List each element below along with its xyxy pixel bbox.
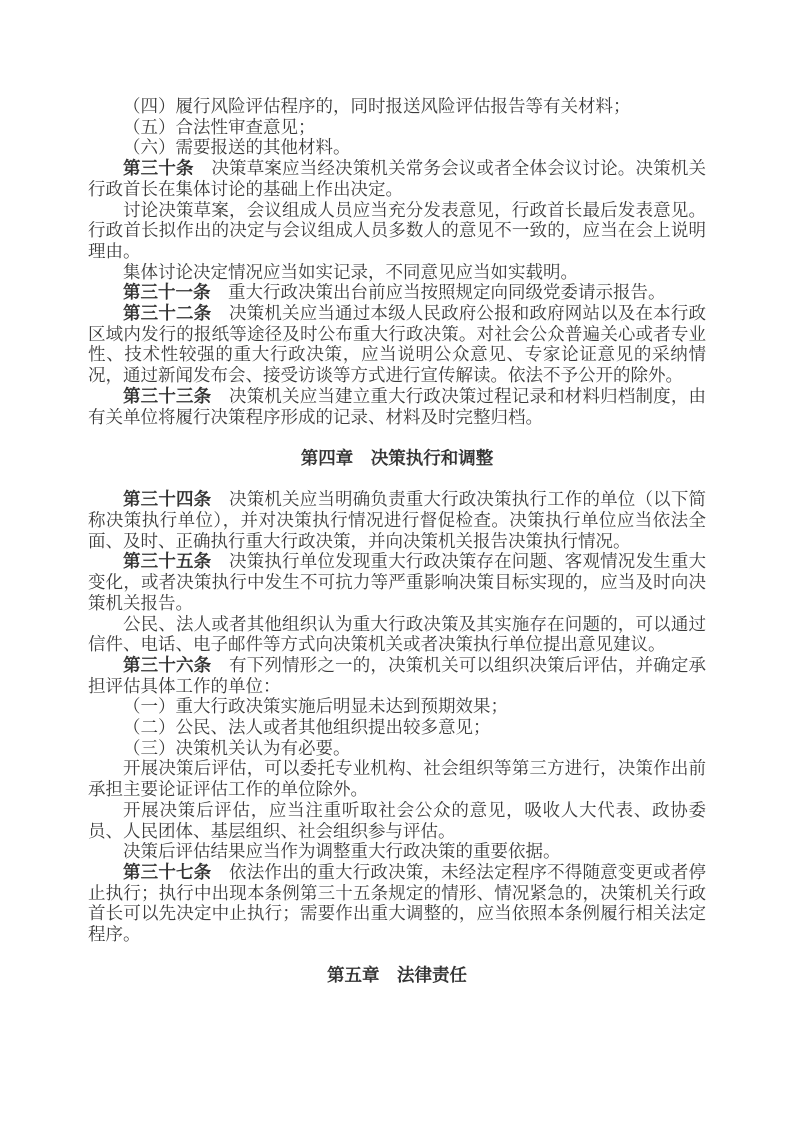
article-paragraph: 第三十七条 依法作出的重大行政决策，未经法定程序不得随意变更或者停止执行；执行中… [88,862,706,945]
article-number: 第三十七条 [123,862,211,882]
paragraph: 决策后评估结果应当作为调整重大行政决策的重要依据。 [88,841,706,862]
list-item: （六）需要报送的其他材料。 [88,137,706,158]
chapter-heading: 第五章 法律责任 [88,965,706,986]
article-paragraph: 第三十一条 重大行政决策出台前应当按照规定向同级党委请示报告。 [88,282,706,303]
article-paragraph: 第三十三条 决策机关应当建立重大行政决策过程记录和材料归档制度，由有关单位将履行… [88,386,706,427]
list-item: （五）合法性审查意见； [88,117,706,138]
article-number: 第三十一条 [123,282,211,302]
paragraph: 开展决策后评估，可以委托专业机构、社会组织等第三方进行，决策作出前承担主要论证评… [88,758,706,799]
paragraph: 集体讨论决定情况应当如实记录，不同意见应当如实载明。 [88,262,706,283]
article-number: 第三十五条 [123,551,211,571]
article-paragraph: 第三十二条 决策机关应当通过本级人民政府公报和政府网站以及在本行政区域内发行的报… [88,303,706,386]
article-number: 第三十二条 [123,303,211,323]
list-item: （四）履行风险评估程序的，同时报送风险评估报告等有关材料； [88,96,706,117]
document-page: （四）履行风险评估程序的，同时报送风险评估报告等有关材料；（五）合法性审查意见；… [0,0,793,1122]
article-number: 第三十条 [123,158,194,178]
document-content: （四）履行风险评估程序的，同时报送风险评估报告等有关材料；（五）合法性审查意见；… [88,96,706,1007]
paragraph: 讨论决策草案，会议组成人员应当充分发表意见，行政首长最后发表意见。行政首长拟作出… [88,200,706,262]
article-number: 第三十三条 [123,386,211,406]
paragraph: 公民、法人或者其他组织认为重大行政决策及其实施存在问题的，可以通过信件、电话、电… [88,614,706,655]
article-paragraph: 第三十四条 决策机关应当明确负责重大行政决策执行工作的单位（以下简称决策执行单位… [88,489,706,551]
list-item: （一）重大行政决策实施后明显未达到预期效果； [88,696,706,717]
article-number: 第三十六条 [123,655,211,675]
article-paragraph: 第三十五条 决策执行单位发现重大行政决策存在问题、客观情况发生重大变化，或者决策… [88,551,706,613]
list-item: （二）公民、法人或者其他组织提出较多意见； [88,717,706,738]
list-item: （三）决策机关认为有必要。 [88,738,706,759]
article-number: 第三十四条 [123,489,211,509]
chapter-heading: 第四章 决策执行和调整 [88,448,706,469]
article-paragraph: 第三十条 决策草案应当经决策机关常务会议或者全体会议讨论。决策机关行政首长在集体… [88,158,706,199]
article-paragraph: 第三十六条 有下列情形之一的，决策机关可以组织决策后评估，并确定承担评估具体工作… [88,655,706,696]
paragraph: 开展决策后评估，应当注重听取社会公众的意见，吸收人大代表、政协委员、人民团体、基… [88,800,706,841]
